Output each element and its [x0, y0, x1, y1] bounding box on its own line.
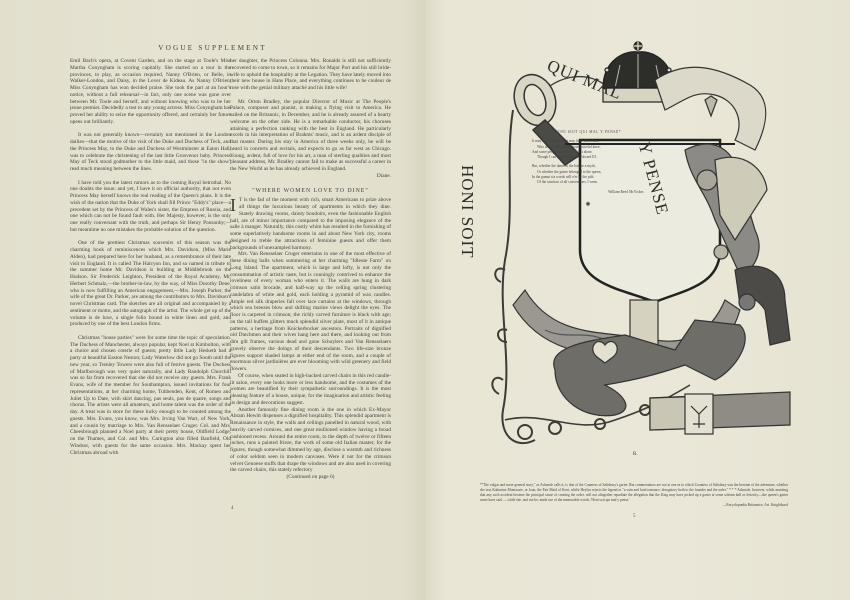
- footnote-text: *"The vulgar and more general story," as…: [480, 483, 788, 503]
- poem: HONI SOIT QUI MAL Y PENSE* It may have b…: [532, 130, 644, 208]
- text-column-1: Emil Bach's opera, at Covent Garden, and…: [70, 58, 231, 463]
- poem-line: Though I can't believe that of Edward II…: [532, 155, 644, 160]
- paragraph: Mrs. Van Rensselaer Cruger entertains in…: [230, 251, 391, 373]
- paragraph-text: T is the fad of the moment with rich, sm…: [230, 197, 391, 250]
- paragraph: Emil Bach's opera, at Covent Garden, and…: [70, 58, 231, 126]
- signature: Diane.: [230, 173, 391, 180]
- footnote-source: —Encyclopædia Britannica. Art. Knighthoo…: [480, 503, 788, 508]
- page-number: 5: [633, 514, 636, 519]
- section-title: "WHERE WOMEN LOVE TO DINE": [230, 188, 391, 195]
- text-column-2: her daughter, the Princess Colonna. Mrs.…: [230, 58, 391, 488]
- poem-stanza: It may have been Kate, it may have been …: [532, 139, 644, 160]
- paragraph: IT is the fad of the moment with rich, s…: [230, 197, 391, 251]
- paragraph: It was not generally known—certainly not…: [70, 132, 231, 173]
- paragraph: I have told you the latest rumors as to …: [70, 180, 231, 234]
- paragraph: her daughter, the Princess Colonna. Mrs.…: [230, 58, 391, 92]
- poem-line: Of the sanction of all conventions, I we…: [532, 180, 644, 185]
- artist-monogram: R.: [633, 452, 638, 457]
- paragraph: Christmas "house parties" were for some …: [70, 335, 231, 457]
- garter-illustration: [485, 40, 805, 460]
- right-page: HONI SOIT QUI MAL Y PENSE HONI SOIT QUI …: [425, 0, 850, 600]
- paragraph: Another famously fine dining room is the…: [230, 407, 391, 475]
- poem-author: William Reed McVicker.: [532, 190, 644, 195]
- footnote: *"The vulgar and more general story," as…: [480, 483, 788, 508]
- motto-honi-soit: HONI SOIT: [457, 165, 477, 259]
- drop-cap: I: [230, 198, 236, 213]
- page-number: 4: [231, 506, 234, 511]
- poem-stanza: But, whether the dame at the ball be a m…: [532, 164, 644, 185]
- continued-note: (Continued on page 6): [230, 474, 391, 481]
- paragraph: Of course, when seated in high-backed ca…: [230, 373, 391, 407]
- running-head: VOGUE SUPPLEMENT: [0, 44, 425, 52]
- poem-title: HONI SOIT QUI MAL Y PENSE*: [532, 130, 644, 135]
- rosette-ornament-icon: ✺: [532, 203, 644, 208]
- magazine-spread: VOGUE SUPPLEMENT Emil Bach's opera, at C…: [0, 0, 850, 600]
- left-page: VOGUE SUPPLEMENT Emil Bach's opera, at C…: [0, 0, 425, 600]
- eagle-buckle-belt: [650, 392, 790, 434]
- paragraph: One of the prettiest Christmas souvenirs…: [70, 240, 231, 328]
- paragraph: Mr. Orton Bradley, the popular Director …: [230, 99, 391, 173]
